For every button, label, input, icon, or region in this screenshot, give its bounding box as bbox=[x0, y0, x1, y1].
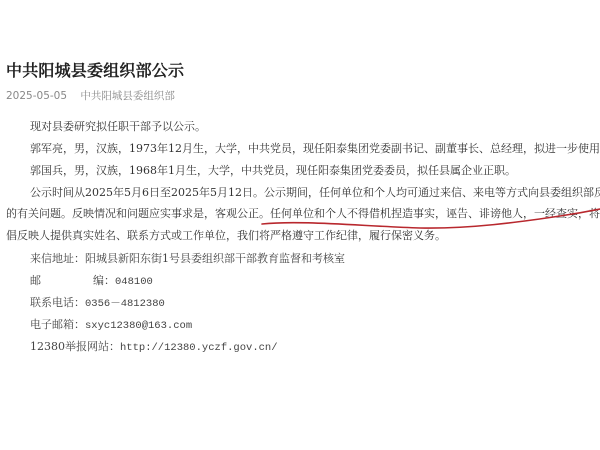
contact-address: 来信地址：阳城县新阳东街1号县委组织部干部教育监督和考核室 bbox=[30, 250, 345, 266]
website-label: 12380举报网站： bbox=[30, 340, 120, 353]
paragraph-candidate-1: 郭军亮，男，汉族，1973年12月生，大学，中共党员，现任阳泰集团党委副书记、副… bbox=[30, 140, 600, 156]
phone-label: 联系电话： bbox=[30, 296, 85, 309]
notice-line-2-highlighted: 任何单位和个人不得借机捏造事实，诬告、诽谤他人，一经查实，将严 bbox=[270, 207, 600, 220]
email-value[interactable]: sxyc12380@163.com bbox=[85, 320, 192, 332]
notice-line-3: 倡反映人提供真实姓名、联系方式或工作单位，我们将严格遵守工作纪律，履行保密义务。 bbox=[6, 227, 446, 243]
article-source: 中共阳城县委组织部 bbox=[80, 90, 175, 102]
contact-website: 12380举报网站：http://12380.yczf.gov.cn/ bbox=[30, 338, 278, 354]
notice-line-2-plain: 的有关问题。反映情况和问题应实事求是，客观公正。 bbox=[6, 207, 270, 220]
paragraph-intro: 现对县委研究拟任职干部予以公示。 bbox=[30, 118, 206, 134]
postcode-label-b: 编： bbox=[93, 274, 115, 287]
address-value: 阳城县新阳东街1号县委组织部干部教育监督和考核室 bbox=[85, 252, 345, 265]
email-label: 电子邮箱： bbox=[30, 318, 85, 331]
contact-postcode: 邮编：048100 bbox=[30, 272, 153, 288]
notice-line-1: 公示时间从2025年5月6日至2025年5月12日。公示期间，任何单位和个人均可… bbox=[30, 184, 600, 200]
website-link[interactable]: http://12380.yczf.gov.cn/ bbox=[120, 342, 278, 354]
article-page: 中共阳城县委组织部公示 2025-05-05 中共阳城县委组织部 现对县委研究拟… bbox=[0, 0, 600, 450]
notice-line-2: 的有关问题。反映情况和问题应实事求是，客观公正。任何单位和个人不得借机捏造事实，… bbox=[6, 205, 600, 221]
contact-phone: 联系电话：0356－4812380 bbox=[30, 294, 165, 310]
article-meta: 2025-05-05 中共阳城县委组织部 bbox=[6, 88, 175, 103]
paragraph-candidate-2: 郭国兵，男，汉族，1968年1月生，大学，中共党员，现任阳泰集团党委委员，拟任县… bbox=[30, 162, 516, 178]
postcode-value: 048100 bbox=[115, 276, 153, 288]
postcode-label-a: 邮 bbox=[30, 274, 41, 287]
article-title: 中共阳城县委组织部公示 bbox=[6, 58, 184, 81]
publish-date: 2025-05-05 bbox=[6, 90, 67, 102]
phone-value: 0356－4812380 bbox=[85, 298, 165, 310]
contact-email: 电子邮箱：sxyc12380@163.com bbox=[30, 316, 192, 332]
address-label: 来信地址： bbox=[30, 252, 85, 265]
